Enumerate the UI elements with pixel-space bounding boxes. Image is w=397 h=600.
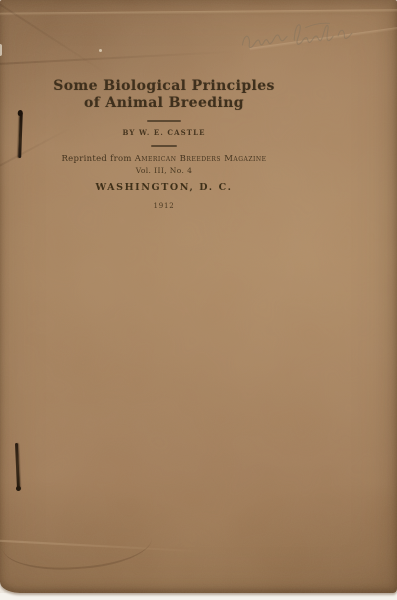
paper-speck: [99, 49, 102, 52]
paper-crease: [0, 51, 236, 66]
scan-background: Some Biological Principles of Animal Bre…: [0, 0, 397, 600]
pencil-inscription: [237, 13, 359, 57]
year-line: 1912: [0, 202, 328, 210]
paper-crease: [0, 540, 204, 553]
pamphlet-cover: Some Biological Principles of Animal Bre…: [0, 0, 397, 593]
title-line-1: Some Biological Principles: [53, 78, 275, 94]
reprint-prefix: Reprinted from: [61, 154, 131, 164]
reprint-line: Reprinted fromAmerican Breeders Magazine: [0, 154, 328, 164]
paper-crease: [0, 510, 153, 574]
city-line: WASHINGTON, D. C.: [0, 182, 328, 193]
edge-wear-notch: [0, 44, 2, 56]
volume-line: Vol. III, No. 4: [0, 166, 328, 175]
title-line-2: of Animal Breeding: [84, 95, 244, 111]
divider-rule-top: [147, 120, 181, 122]
title-block: Some Biological Principles of Animal Bre…: [0, 78, 328, 210]
pamphlet-title: Some Biological Principles of Animal Bre…: [0, 78, 328, 112]
byline: BY W. E. CASTLE: [0, 128, 328, 137]
divider-rule-bottom: [151, 145, 177, 147]
paper-crease: [0, 0, 110, 77]
staple-bottom: [15, 443, 20, 490]
reprint-source: American Breeders Magazine: [135, 154, 267, 164]
